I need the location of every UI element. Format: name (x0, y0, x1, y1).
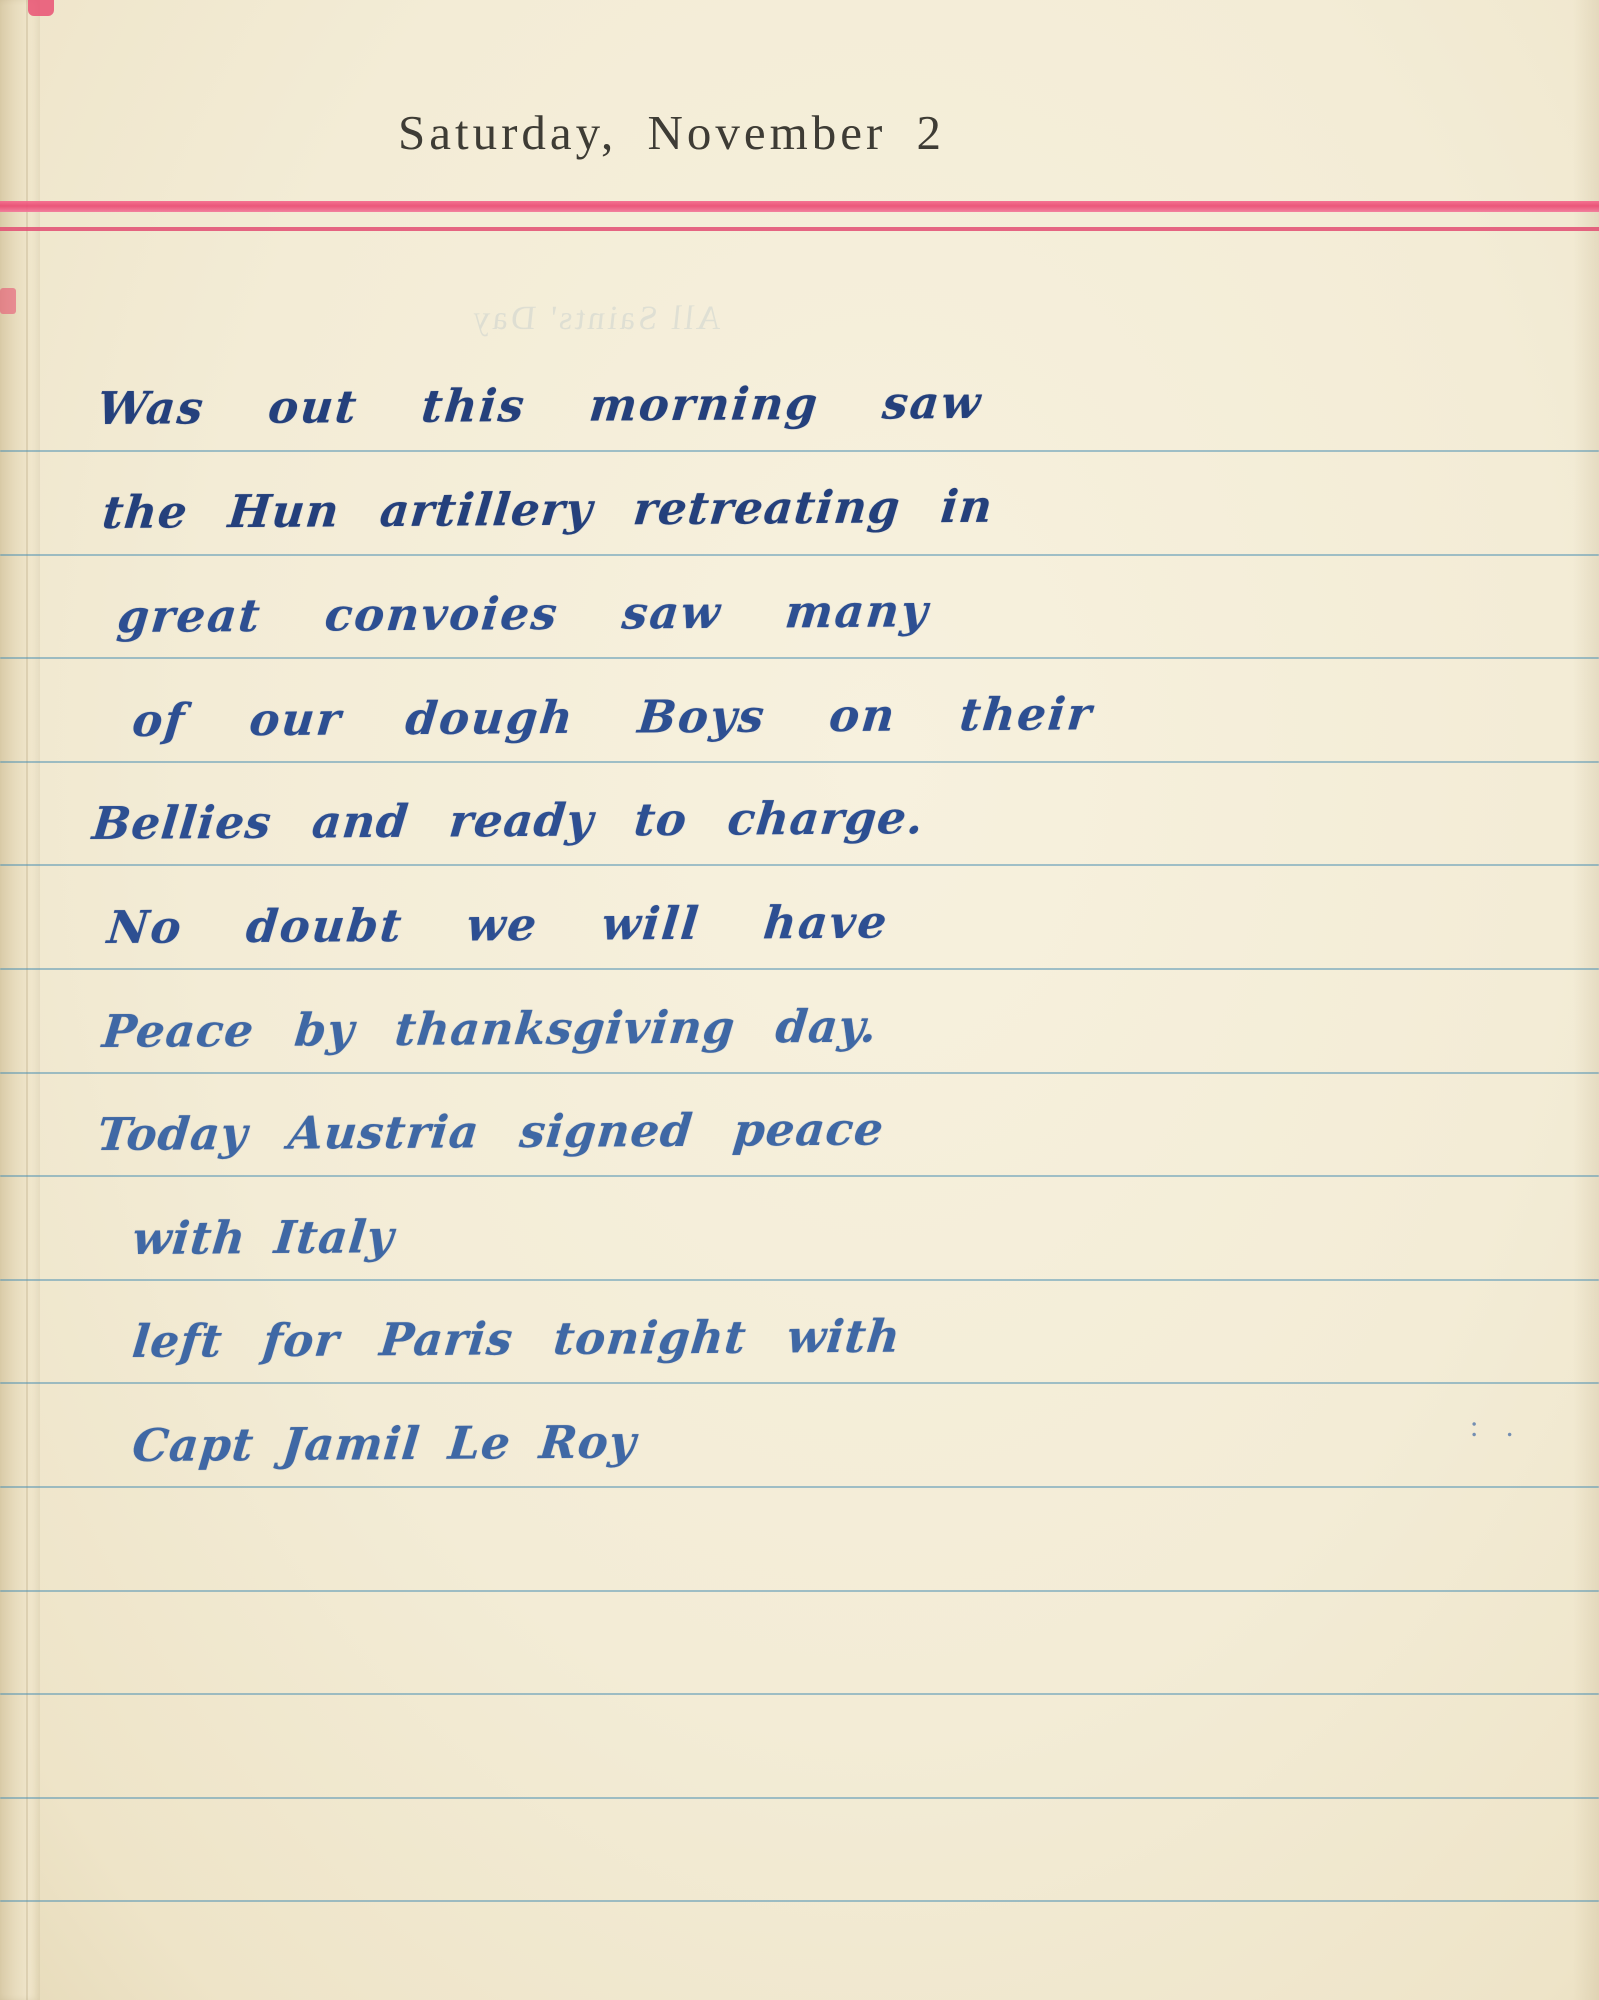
diary-page: Saturday, November 2 All Saints' Day Was… (0, 0, 1599, 2000)
handwriting-line: with Italy (130, 1210, 397, 1265)
ruled-line (0, 1900, 1599, 1902)
handwriting-line: No doubt we will have (105, 896, 891, 954)
red-ink-mark-left (0, 288, 16, 314)
red-rule-bottom (0, 227, 1599, 231)
ruled-line (0, 1072, 1599, 1074)
ruled-line (0, 1693, 1599, 1695)
printed-date-header: Saturday, November 2 (398, 104, 945, 161)
ruled-line (0, 450, 1599, 452)
ruled-line (0, 761, 1599, 763)
ruled-line (0, 657, 1599, 659)
bleedthrough-text: All Saints' Day (468, 300, 723, 338)
page-curl-shadow (1573, 0, 1599, 2000)
ruled-line (0, 1797, 1599, 1799)
handwriting-line: Bellies and ready to charge. (90, 791, 926, 850)
handwriting-line: left for Paris tonight with (130, 1310, 903, 1368)
handwriting-line: Was out this morning saw (95, 376, 985, 435)
handwriting-line: great convoies saw many (115, 584, 932, 643)
handwriting-line: Today Austria signed peace (95, 1103, 887, 1161)
handwriting-line: of our dough Boys on their (130, 687, 1096, 747)
stray-ink-dots: : . (1470, 1410, 1523, 1444)
ruled-line (0, 1486, 1599, 1488)
ruled-line (0, 1175, 1599, 1177)
handwriting-line: the Hun artillery retreating in (100, 480, 996, 539)
ruled-line (0, 1590, 1599, 1592)
handwriting-line: Peace by thanksgiving day. (100, 1000, 880, 1058)
red-ink-mark-top (28, 0, 54, 16)
ruled-line (0, 1279, 1599, 1281)
ruled-line (0, 864, 1599, 866)
binding-crease (26, 0, 28, 2000)
handwriting-line: Capt Jamil Le Roy (130, 1415, 639, 1472)
ruled-line (0, 968, 1599, 970)
ruled-line (0, 554, 1599, 556)
ruled-line (0, 1382, 1599, 1384)
red-rule-top (0, 201, 1599, 212)
